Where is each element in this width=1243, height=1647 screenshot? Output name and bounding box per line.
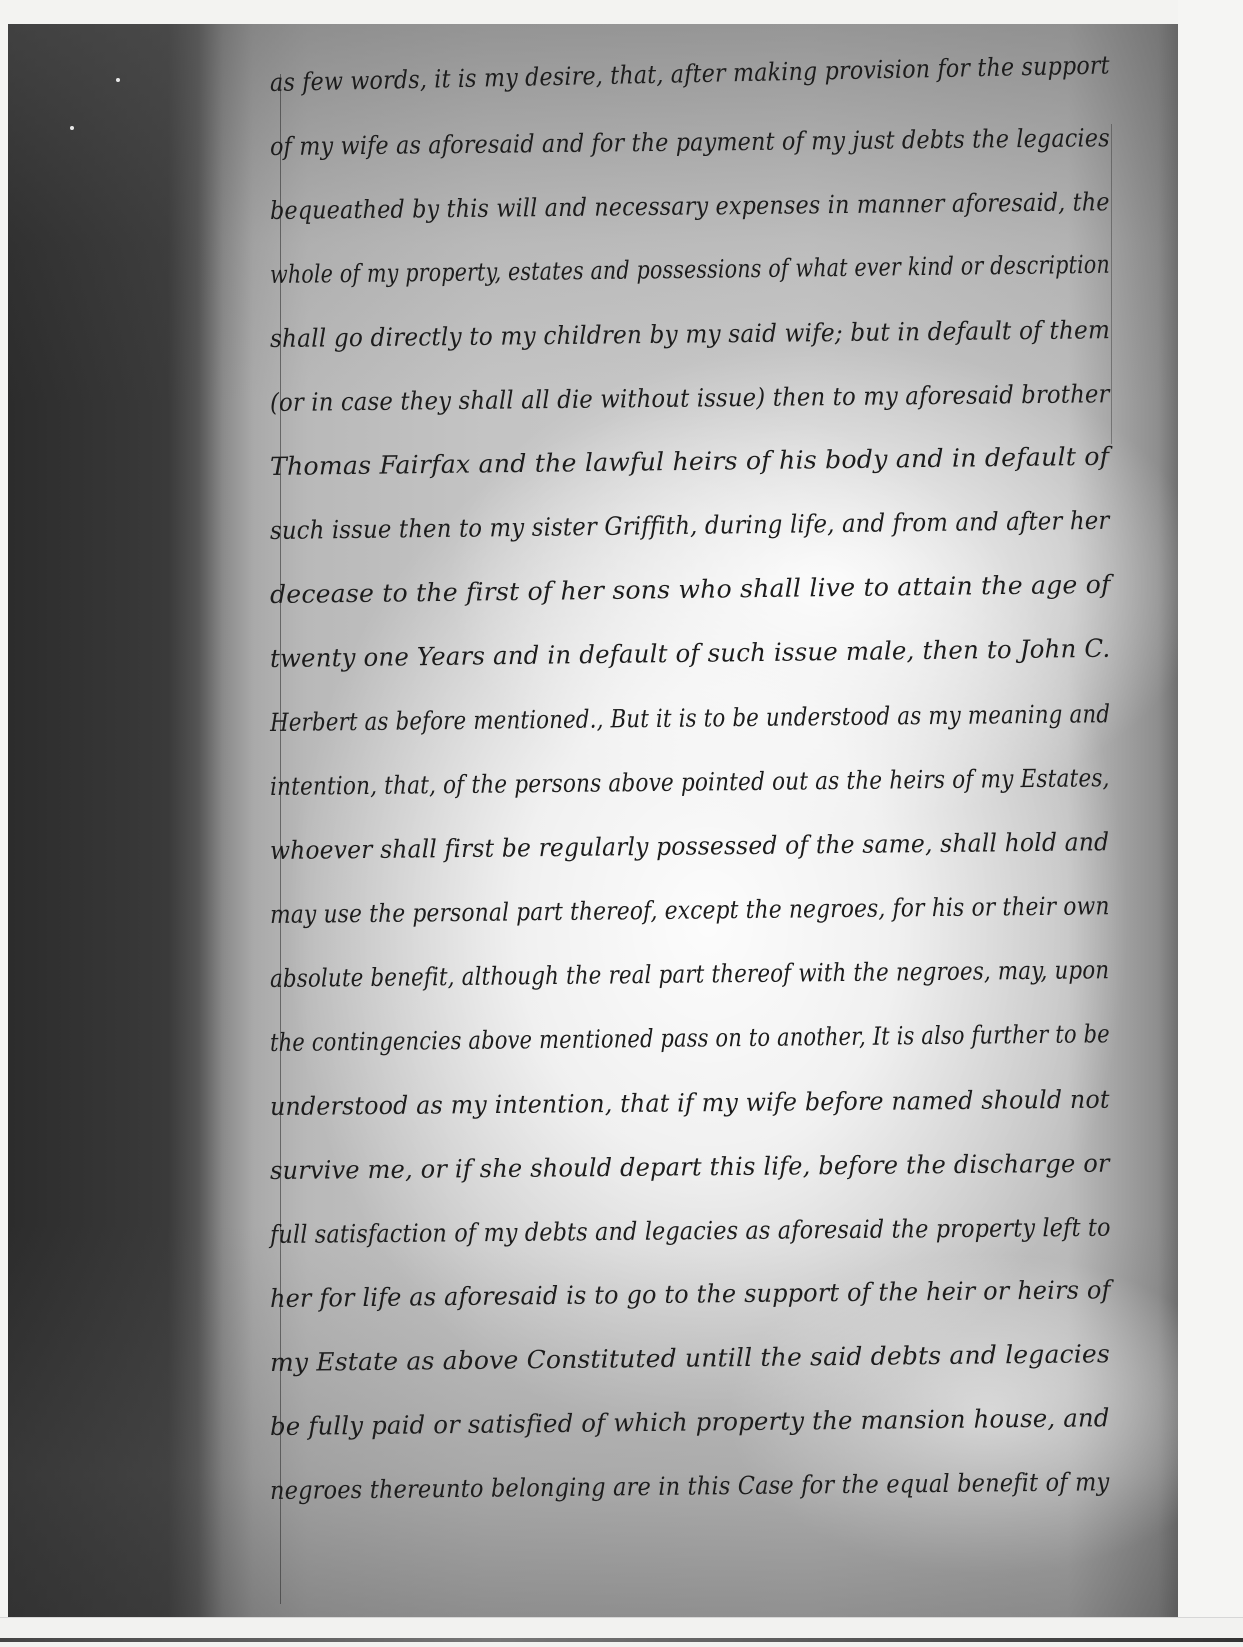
text-line-1: as few words, it is my desire, that, aft…: [270, 50, 1110, 97]
text-line-9: decease to the first of her sons who sha…: [270, 570, 1111, 609]
text-line-12: intention, that, of the persons above po…: [270, 763, 1110, 801]
text-line-5: shall go directly to my children by my s…: [270, 315, 1110, 353]
dust-speck: [116, 78, 120, 82]
text-line-11: Herbert as before mentioned., But it is …: [270, 699, 1110, 737]
text-line-18: survive me, or if she should depart this…: [270, 1149, 1110, 1185]
dust-speck: [70, 126, 74, 130]
text-line-10: twenty one Years and in default of such …: [270, 634, 1111, 673]
right-margin-rule: [1111, 124, 1112, 444]
scan-border-right: [1178, 0, 1243, 1647]
text-line-22: be fully paid or satisfied of which prop…: [270, 1403, 1110, 1441]
text-line-8: such issue then to my sister Griffith, d…: [270, 506, 1110, 545]
text-line-7: Thomas Fairfax and the lawful heirs of h…: [270, 442, 1110, 481]
text-line-23: negroes thereunto belonging are in this …: [270, 1467, 1110, 1505]
text-line-19: full satisfaction of my debts and legaci…: [270, 1213, 1111, 1249]
manuscript-page: as few words, it is my desire, that, aft…: [8, 24, 1178, 1617]
text-line-16: the contingencies above mentioned pass o…: [270, 1019, 1110, 1057]
page-bottom-shadow: [0, 1638, 1243, 1642]
text-line-17: understood as my intention, that if my w…: [270, 1085, 1110, 1121]
text-line-14: may use the personal part thereof, excep…: [270, 891, 1110, 929]
text-line-15: absolute benefit, although the real part…: [270, 955, 1110, 993]
text-line-4: whole of my property, estates and posses…: [270, 250, 1110, 289]
scan-border-bottom: [0, 1617, 1243, 1647]
text-line-20: her for life as aforesaid is to go to th…: [270, 1275, 1111, 1313]
text-line-13: whoever shall first be regularly possess…: [270, 827, 1109, 865]
text-line-3: bequeathed by this will and necessary ex…: [270, 187, 1110, 225]
text-line-21: my Estate as above Constituted untill th…: [270, 1339, 1110, 1377]
text-line-2: of my wife as aforesaid and for the paym…: [270, 123, 1110, 161]
scan-border-top: [0, 0, 1243, 24]
text-line-6: (or in case they shall all die without i…: [270, 379, 1110, 417]
